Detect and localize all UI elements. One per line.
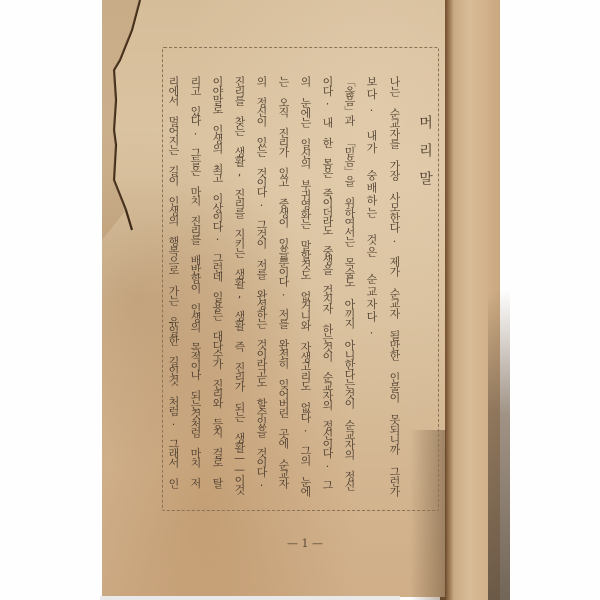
text-column: 이야말로 인생의 최고 이상이다. 그런데 일용는 대다수가 진리와 등지 걸로… xyxy=(211,76,223,487)
text-column: 리에서 멀어지는 길이 인생의 행복으로 가는 유일한 길인것 처럼. 그래서 … xyxy=(167,76,179,488)
hand-shadow xyxy=(488,290,510,600)
text-column: 보다. 내가 숭배하는 것은 순교자다. xyxy=(365,76,377,338)
text-column: 는 오직 진리가 있고 중생이 있을뿐이다. 저를 완전히 잊어버린 곳에 순교… xyxy=(277,76,289,488)
torn-edge-icon xyxy=(102,0,142,240)
text-column: 의 눈에는 일신의 부귀영화는 말할것도 없거니와 자생고리도 없다. 그의 눈… xyxy=(299,76,311,496)
text-column: 진리를 찾는 생활, 진리를 지키는 생활, 생활 즉 진리가 되는 생활——이… xyxy=(233,76,245,494)
text-column: 나는 순교자를 가장 사모한다. 제가 순교자 될만한 인물이 못되니까 그런가 xyxy=(388,76,400,496)
text-column: 이다. 내 한 몸은 죽이더라도 중생을 건지자 하는것이 순교자의 정신이다.… xyxy=(321,76,333,489)
scanned-book-page: 머리말 나는 순교자를 가장 사모한다. 제가 순교자 될만한 인물이 못되니까… xyxy=(0,0,600,600)
text-column: 「옳음」과 「믿음」을 위하여서는 목숨도 아끼지 아니한다는것이 순교자의 정… xyxy=(343,76,355,490)
page-number: — 1 — xyxy=(270,537,340,550)
text-column: 리고 있다. 그들은 마치 진리를 배반함이 인생의 목적이나 되는것처럼 마치… xyxy=(189,76,201,487)
page-title: 머리말 xyxy=(415,115,435,199)
text-column: 의 정신이 있는 것이다. 그것이 저를 완성하는 것이라고도 할수있을 것이다… xyxy=(255,76,267,488)
scan-border xyxy=(100,596,400,600)
